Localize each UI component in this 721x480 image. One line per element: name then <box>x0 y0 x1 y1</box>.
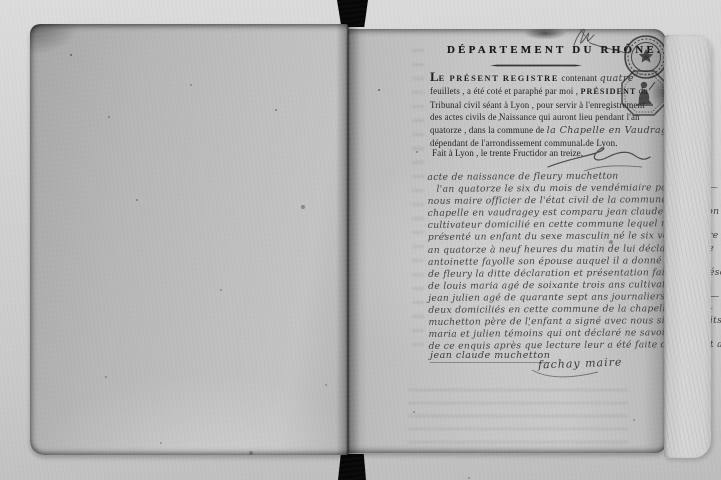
printed-line: des actes civils de Naissance qui auront… <box>430 111 646 123</box>
paper-specks <box>378 89 380 91</box>
binding-clamp-bottom-icon <box>338 454 366 480</box>
register-scan: DÉPARTEMENT DU RHÔNE. LE PRÉSENT REGISTR… <box>0 0 721 480</box>
show-through-lines <box>408 389 628 449</box>
page-block-fore-edge <box>664 35 711 458</box>
handwritten-insertion: la Chapelle en Vaudragey <box>547 125 680 136</box>
printed-line: LE PRÉSENT REGISTRE contenant quatre <box>430 71 646 85</box>
printed-line: quatorze , dans la commune de la Chapell… <box>430 124 646 137</box>
binding-clamp-top-icon <box>337 0 368 27</box>
revenue-octagon-stamp-icon <box>619 68 669 118</box>
manuscript-line: présenté un enfant du sexe masculin né l… <box>428 231 678 245</box>
printed-segment: des actes civils de Naissance qui auront… <box>430 112 640 122</box>
handwritten-birth-act: acte de naissance de fleury muchettonl'a… <box>427 170 678 353</box>
printed-segment: contenant <box>559 73 600 83</box>
printed-line: feuillets , a été coté et paraphé par mo… <box>430 85 646 98</box>
left-page-blank <box>30 24 348 455</box>
printed-segment: L <box>430 69 439 84</box>
printed-segment: Tribunal civil séant à Lyon , pour servi… <box>430 100 645 110</box>
show-through-marks <box>412 49 424 349</box>
printed-line: Tribunal civil séant à Lyon , pour servi… <box>430 99 646 111</box>
printed-segment: feuillets , a été coté et paraphé par mo… <box>430 86 581 96</box>
paper-specks <box>70 54 72 56</box>
mayor-signature-flourish-icon <box>530 366 600 382</box>
printed-segment: quatorze , dans la commune de <box>430 125 547 135</box>
swelled-rule-divider <box>490 64 582 67</box>
right-page-act: DÉPARTEMENT DU RHÔNE. LE PRÉSENT REGISTR… <box>348 29 666 453</box>
father-signature: jean claude muchetton <box>430 350 550 363</box>
printed-segment: E PRÉSENT REGISTRE <box>439 74 559 83</box>
